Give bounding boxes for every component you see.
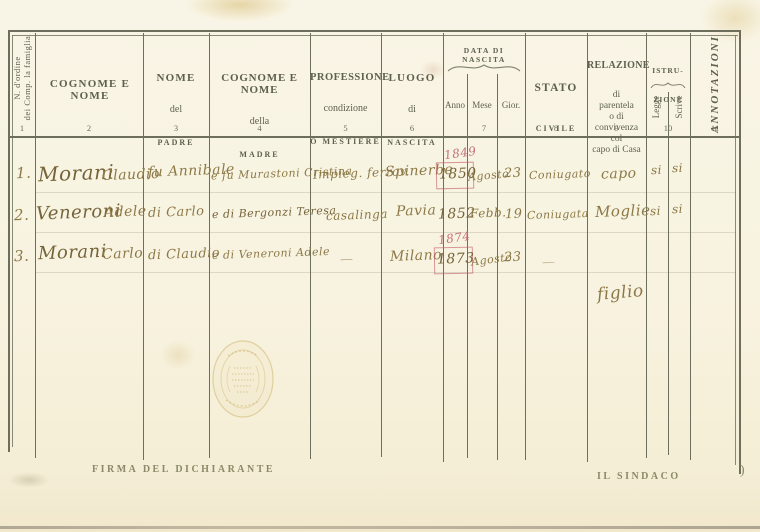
cell-professione-dash: — bbox=[340, 252, 354, 267]
cell-stato: Coniugata bbox=[527, 207, 589, 222]
column-header-stato: STATO CIVILE bbox=[525, 64, 587, 151]
col-num: 2 bbox=[39, 123, 139, 133]
cell-ordine: 1. bbox=[16, 164, 32, 183]
column-header-luogo: LUOGO di NASCITA bbox=[381, 54, 443, 165]
col-divider bbox=[690, 33, 691, 460]
cell-giorno: 19 bbox=[505, 207, 523, 223]
row-rule bbox=[36, 192, 736, 193]
cell-nome: Carlo bbox=[102, 245, 144, 262]
column-header-ordine: N. d'ordine dei Comp. la famiglia bbox=[12, 28, 32, 128]
footer-firma-dichiarante: FIRMA DEL DICHIARANTE bbox=[92, 464, 275, 475]
footer-il-sindaco: IL SINDACO bbox=[597, 471, 681, 482]
column-header-cognome: COGNOME E NOME bbox=[40, 78, 140, 102]
row-rule bbox=[36, 232, 736, 233]
cell-anno: 1873 bbox=[437, 250, 475, 267]
cell-stato: Coniugato bbox=[529, 167, 591, 182]
col-num: 1 bbox=[12, 123, 32, 133]
table-border-right bbox=[739, 30, 741, 474]
col-divider bbox=[35, 33, 36, 458]
header-line: COGNOME E NOME bbox=[209, 72, 310, 96]
cell-relazione: capo bbox=[601, 165, 637, 182]
col-num: 5 bbox=[310, 123, 381, 133]
column-header-annotazioni: ANNOTAZIONI bbox=[709, 34, 721, 134]
column-header-ordine-label: N. d'ordine dei Comp. la famiglia bbox=[12, 36, 32, 121]
cell-scrive: si bbox=[672, 202, 683, 216]
scan-edge bbox=[0, 526, 760, 529]
cell-anno-corretto: 1849 bbox=[443, 144, 477, 162]
header-line: condizione bbox=[310, 103, 381, 114]
cell-giorno: 23 bbox=[504, 166, 522, 182]
cell-madre: e di Veneroni Adele bbox=[212, 245, 330, 262]
subheader-anno: Anno bbox=[443, 100, 467, 110]
col-num: 6 bbox=[381, 123, 443, 133]
header-line: O MESTIERE bbox=[310, 137, 381, 146]
cell-padre: di Carlo bbox=[148, 204, 205, 221]
cell-legge: si bbox=[650, 204, 661, 218]
cell-cognome: Morani bbox=[38, 241, 108, 264]
subheader-gior: Gior. bbox=[497, 100, 525, 110]
table-border-left bbox=[8, 30, 10, 452]
cell-legge: si bbox=[651, 163, 662, 177]
cell-professione: casalinga bbox=[326, 207, 388, 223]
col-num: 4 bbox=[209, 123, 310, 133]
cell-ordine: 2. bbox=[14, 206, 30, 225]
paren-mark: ) bbox=[740, 463, 745, 479]
cell-padre: di Claudio bbox=[148, 246, 221, 264]
cell-giorno: 23 bbox=[504, 250, 522, 266]
header-line: del bbox=[143, 104, 209, 115]
cell-relazione: Moglie bbox=[595, 201, 651, 221]
column-header-padre: NOME del PADRE bbox=[143, 54, 209, 165]
header-line: STATO bbox=[525, 82, 587, 94]
paper-stain bbox=[160, 340, 196, 370]
cell-relazione: figlio bbox=[596, 281, 644, 305]
header-line: NOME bbox=[143, 72, 209, 84]
row-rule bbox=[36, 272, 736, 273]
header-line: LUOGO bbox=[381, 72, 443, 84]
subheader-scrive: Scrive bbox=[674, 87, 684, 127]
col-num: 9 bbox=[587, 123, 646, 133]
subheader-mese: Mese bbox=[467, 100, 497, 110]
table-border-right-inner bbox=[735, 35, 736, 465]
col-num: 8 bbox=[525, 123, 587, 133]
col-num: 10 bbox=[646, 123, 690, 133]
cell-mese: Febb. bbox=[470, 205, 507, 220]
column-header-madre: COGNOME E NOME della MADRE bbox=[209, 54, 310, 177]
cell-ordine: 3. bbox=[14, 247, 30, 266]
cell-stato-dash: — bbox=[542, 255, 556, 270]
municipal-stamp-icon bbox=[210, 338, 276, 420]
cell-scrive: si bbox=[672, 161, 683, 175]
column-header-professione: PROFESSIONE condizione O MESTIERE bbox=[310, 54, 381, 164]
header-line: MADRE bbox=[209, 150, 310, 159]
col-num: 7 bbox=[443, 123, 525, 133]
cell-nome: Adele bbox=[104, 203, 147, 220]
header-line: di bbox=[381, 104, 443, 115]
header-line: RELAZIONE bbox=[587, 60, 646, 71]
header-line: PROFESSIONE bbox=[310, 72, 381, 83]
paper-stain bbox=[185, 0, 295, 22]
registry-page: N. d'ordine dei Comp. la famiglia COGNOM… bbox=[0, 0, 760, 532]
header-line: ISTRU- bbox=[646, 66, 690, 75]
subheader-legge: Legge bbox=[651, 87, 661, 127]
col-num: 3 bbox=[143, 123, 209, 133]
cell-madre: e di Bergonzi Teresa bbox=[212, 204, 337, 221]
header-line: NASCITA bbox=[381, 138, 443, 147]
paper-stain bbox=[8, 472, 50, 488]
table-border-top bbox=[8, 30, 741, 32]
date-brace bbox=[447, 62, 521, 74]
cell-luogo: Pavia bbox=[396, 202, 437, 219]
subcol-divider-legge-scrive bbox=[668, 92, 669, 455]
table-border-top-inner bbox=[12, 35, 738, 36]
column-header-relazione: RELAZIONE di parentela o di convivenza c… bbox=[587, 42, 646, 174]
col-num: 11 bbox=[690, 123, 740, 133]
header-line: PADRE bbox=[143, 138, 209, 147]
